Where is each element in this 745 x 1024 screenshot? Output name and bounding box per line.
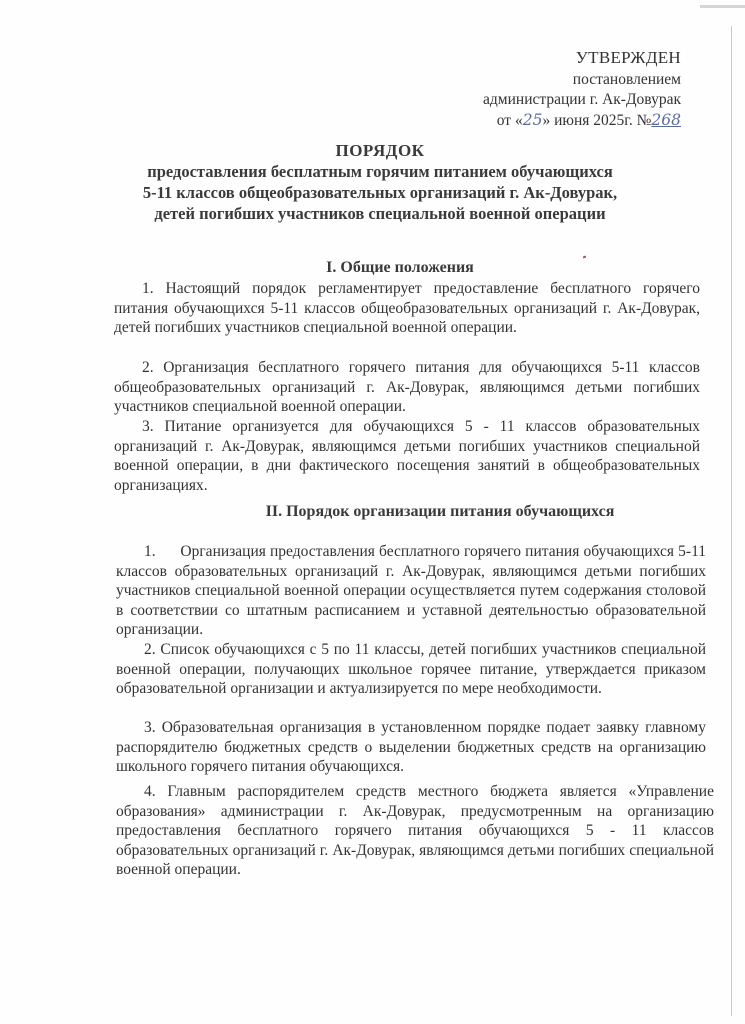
paragraph-text: 2. Организация бесплатного горячего пита… — [114, 358, 700, 417]
scan-artifact — [700, 5, 745, 8]
approval-stamp: УТВЕРЖДЕН постановлением администрации г… — [483, 48, 681, 131]
paragraph-text: 3. Питание организуется для обучающихся … — [114, 417, 700, 495]
title-main: ПОРЯДОК — [100, 140, 660, 161]
document-title: ПОРЯДОК предоставления бесплатным горячи… — [100, 140, 660, 224]
handwritten-day: 25 — [523, 111, 543, 129]
title-line-3: детей погибших участников специальной во… — [100, 203, 660, 224]
date-suffix: » июня 2025г. № — [542, 112, 651, 129]
document-page: УТВЕРЖДЕН постановлением администрации г… — [0, 0, 745, 1024]
title-line-1: предоставления бесплатным горячим питани… — [100, 161, 660, 182]
paragraph-text: 1. Настоящий порядок регламентирует пред… — [114, 279, 700, 338]
section2-paragraph-2: 2. Список обучающихся с 5 по 11 классы, … — [116, 640, 706, 699]
paragraph-text: 2. Список обучающихся с 5 по 11 классы, … — [116, 640, 706, 699]
section2-paragraph-1: 1. Организация предоставления бесплатног… — [116, 542, 706, 640]
section-heading-1: I. Общие положения — [100, 259, 700, 277]
approval-line-decree: постановлением — [483, 70, 681, 90]
section-heading-2: II. Порядок организации питания обучающи… — [120, 503, 745, 521]
date-prefix: от « — [497, 112, 523, 129]
paragraph-text: 1. Организация предоставления бесплатног… — [116, 542, 706, 640]
section2-paragraph-3: 3. Образовательная организация в установ… — [116, 718, 706, 777]
approved-label: УТВЕРЖДЕН — [483, 48, 681, 68]
handwritten-number: 268 — [651, 111, 681, 129]
approval-line-administration: администрации г. Ак-Довурак — [483, 90, 681, 110]
scan-edge-line — [731, 26, 732, 1016]
section1-paragraph-1: 1. Настоящий порядок регламентирует пред… — [114, 279, 700, 338]
paragraph-text: 4. Главным распорядителем средств местно… — [116, 782, 714, 880]
section2-paragraph-4: 4. Главным распорядителем средств местно… — [116, 782, 714, 880]
approval-date-line: от «25» июня 2025г. №268 — [483, 110, 681, 131]
section1-paragraph-2: 2. Организация бесплатного горячего пита… — [114, 358, 700, 417]
title-line-2: 5-11 классов общеобразовательных организ… — [100, 182, 660, 203]
paragraph-text: 3. Образовательная организация в установ… — [116, 718, 706, 777]
section1-paragraph-3: 3. Питание организуется для обучающихся … — [114, 417, 700, 495]
